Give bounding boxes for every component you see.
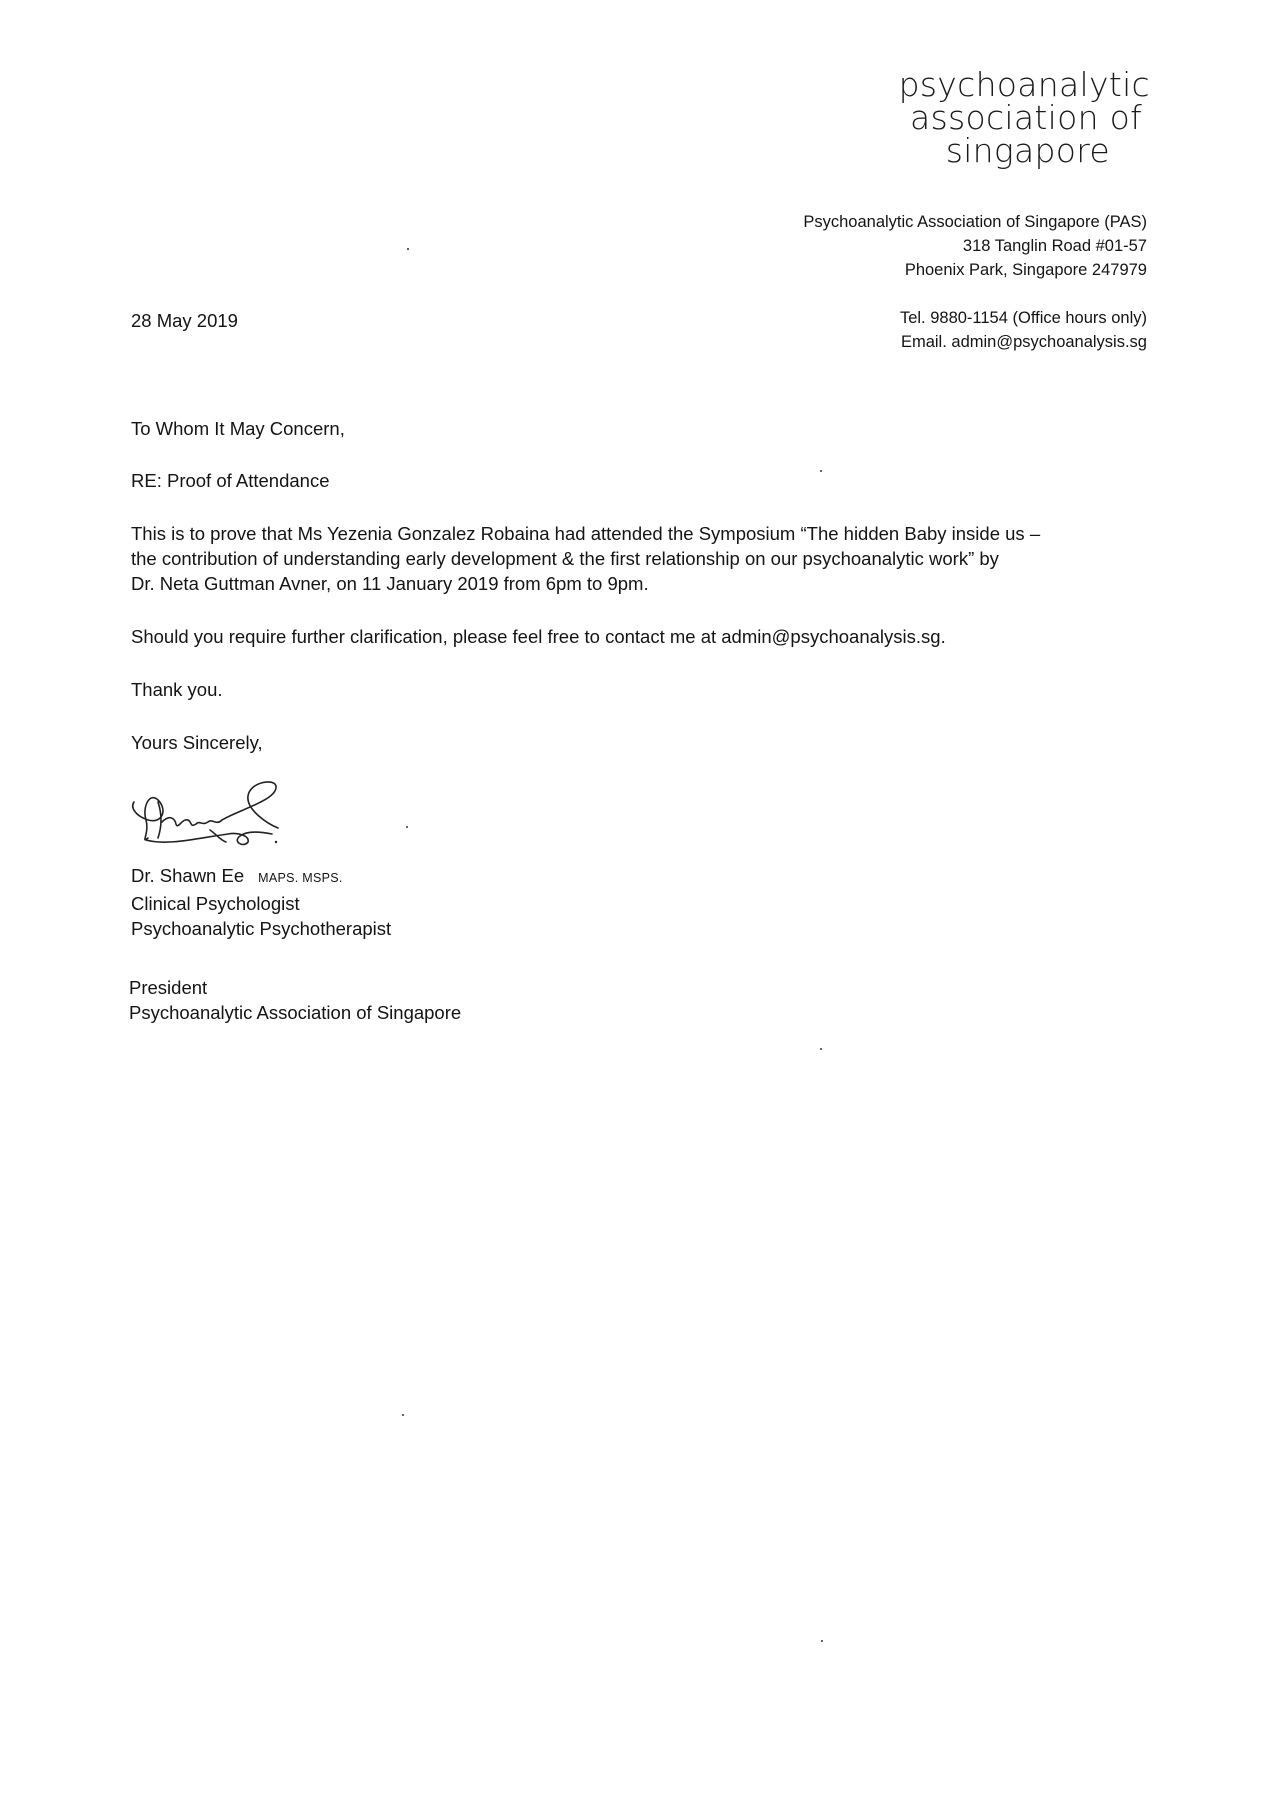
signatory-name-line: Dr. Shawn EeMAPS. MSPS. [131, 863, 391, 891]
contact-email: Email. admin@psychoanalysis.sg [900, 330, 1147, 354]
clarification-paragraph: Should you require further clarification… [131, 624, 1131, 649]
organization-logo: psychoanalytic association of singapore [790, 68, 1150, 167]
scan-speck [820, 1048, 822, 1050]
paragraph-line: This is to prove that Ms Yezenia Gonzale… [131, 521, 1131, 546]
scan-speck [402, 1414, 404, 1416]
scan-speck [406, 826, 408, 828]
logo-line-2: association of [790, 101, 1150, 134]
paragraph-line: Dr. Neta Guttman Avner, on 11 January 20… [131, 571, 1131, 596]
handwritten-signature [128, 780, 298, 852]
address-line-city: Phoenix Park, Singapore 247979 [803, 258, 1147, 282]
signatory-title: Psychoanalytic Psychotherapist [131, 916, 391, 941]
address-line-org: Psychoanalytic Association of Singapore … [803, 210, 1147, 234]
address-line-street: 318 Tanglin Road #01-57 [803, 234, 1147, 258]
signatory-position-block: President Psychoanalytic Association of … [129, 975, 461, 1025]
thanks-line: Thank you. [131, 677, 1131, 702]
paragraph-line: the contribution of understanding early … [131, 546, 1131, 571]
scan-speck [821, 1640, 823, 1642]
contact-phone: Tel. 9880-1154 (Office hours only) [900, 306, 1147, 330]
logo-line-1: psychoanalytic [790, 68, 1150, 101]
attendance-paragraph: This is to prove that Ms Yezenia Gonzale… [131, 521, 1131, 596]
scan-speck [407, 248, 409, 250]
letterhead-contact: Tel. 9880-1154 (Office hours only) Email… [900, 306, 1147, 354]
scan-speck [820, 470, 822, 472]
signatory-organization: Psychoanalytic Association of Singapore [129, 1000, 461, 1025]
signatory-name: Dr. Shawn Ee [131, 865, 244, 886]
letter-date: 28 May 2019 [131, 310, 238, 332]
signatory-position: President [129, 975, 461, 1000]
signatory-block: Dr. Shawn EeMAPS. MSPS. Clinical Psychol… [131, 863, 391, 941]
letterhead-address: Psychoanalytic Association of Singapore … [803, 210, 1147, 282]
subject-line: RE: Proof of Attendance [131, 468, 1131, 493]
signatory-credentials: MAPS. MSPS. [258, 871, 343, 885]
salutation: To Whom It May Concern, [131, 416, 1131, 441]
signatory-title: Clinical Psychologist [131, 891, 391, 916]
logo-line-3: singapore [790, 134, 1150, 167]
closing-line: Yours Sincerely, [131, 730, 1131, 755]
